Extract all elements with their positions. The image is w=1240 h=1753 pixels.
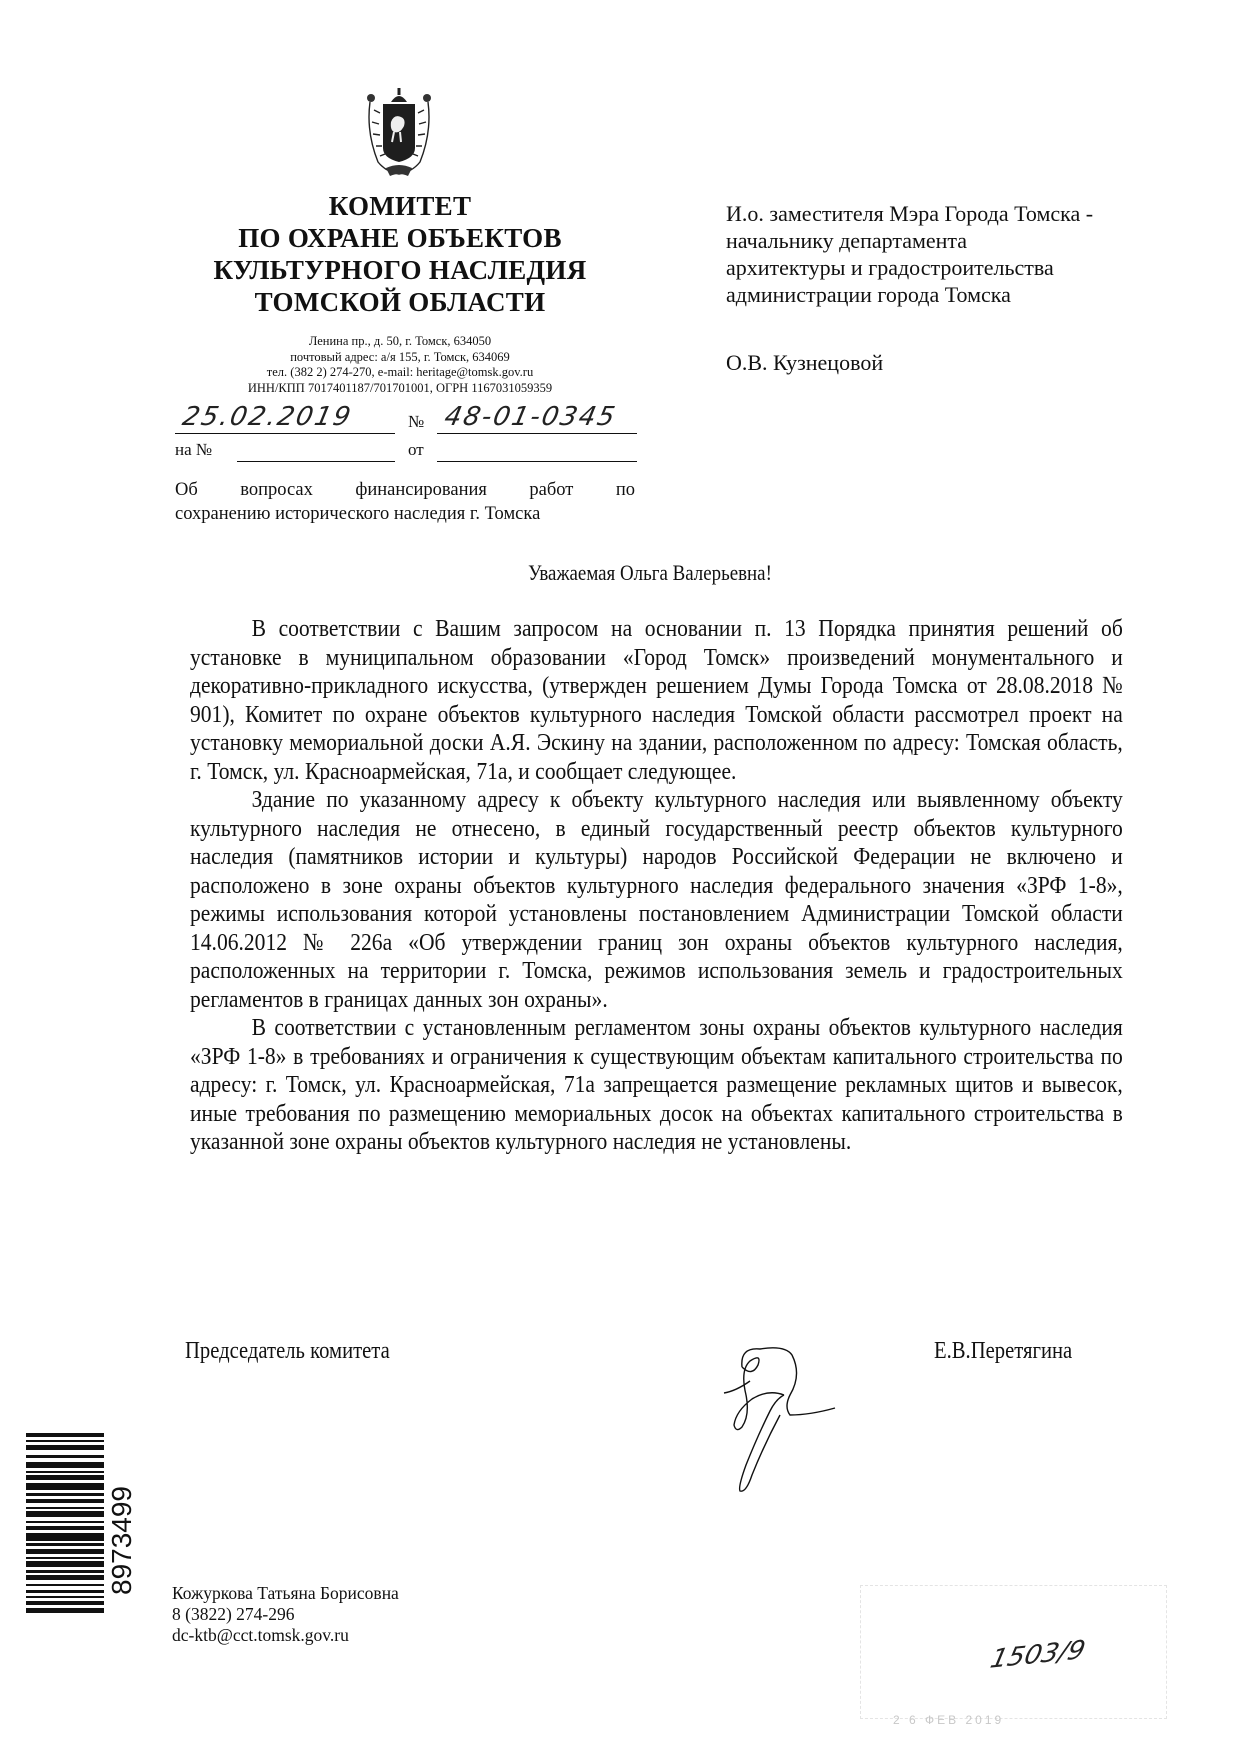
barcode-icon [26,1433,104,1613]
org-address: Ленина пр., д. 50, г. Томск, 634050 [175,334,625,350]
executor-name: Кожуркова Татьяна Борисовна [172,1583,399,1604]
body-paragraph: Здание по указанному адресу к объекту ку… [190,786,1123,1014]
subject-line: сохранению исторического наследия г. Том… [175,504,540,524]
org-phone-email: тел. (382 2) 274-270, e-mail: heritage@t… [175,365,625,381]
body-paragraph: В соответствии с установленным регламент… [190,1014,1123,1157]
addressee-name: О.В. Кузнецовой [726,350,883,376]
incoming-stamp-date: 2 6 ФЕВ 2019 [893,1713,1004,1727]
registration-row-outgoing: 25.02.2019 № 48-01-0345 [175,404,645,434]
org-title-line: КУЛЬТУРНОГО НАСЛЕДИЯ [175,254,625,286]
from-line [437,433,637,462]
reply-to-line [237,433,395,462]
addressee-line: начальнику департамента [726,227,1186,254]
organization-title: КОМИТЕТ ПО ОХРАНЕ ОБЪЕКТОВ КУЛЬТУРНОГО Н… [175,190,625,318]
organization-contacts: Ленина пр., д. 50, г. Томск, 634050 почт… [175,334,625,396]
addressee-block: И.о. заместителя Мэра Города Томска - на… [726,200,1186,308]
org-title-line: КОМИТЕТ [175,190,625,222]
letter-subject: Об вопросах финансирования работ по сохр… [175,478,635,526]
reply-to-label: на № [175,440,212,460]
org-registry-ids: ИНН/КПП 7017401187/701701001, ОГРН 11670… [175,381,625,397]
executor-contact: Кожуркова Татьяна Борисовна 8 (3822) 274… [172,1583,399,1646]
org-postal-address: почтовый адрес: а/я 155, г. Томск, 63406… [175,350,625,366]
addressee-line: архитектуры и градостроительства [726,254,1186,281]
addressee-line: администрации города Томска [726,281,1186,308]
executor-phone: 8 (3822) 274-296 [172,1604,399,1625]
subject-line: Об вопросах финансирования работ по [175,478,635,502]
coat-of-arms-icon [364,82,434,180]
org-title-line: ПО ОХРАНЕ ОБЪЕКТОВ [175,222,625,254]
org-title-line: ТОМСКОЙ ОБЛАСТИ [175,286,625,318]
handwritten-signature-icon [680,1315,850,1495]
number-label: № [408,412,424,432]
outgoing-number: 48-01-0345 [442,402,619,432]
from-label: от [408,440,424,460]
executor-email: dc-ktb@cct.tomsk.gov.ru [172,1625,399,1646]
salutation: Уважаемая Ольга Валерьевна! [237,560,1063,586]
body-paragraph: В соответствии с Вашим запросом на основ… [190,615,1123,786]
registration-row-reply: на № от [175,432,645,462]
barcode-number: 8973499 [106,1475,138,1595]
signatory-name: Е.В.Перетягина [934,1338,1072,1365]
outgoing-date: 25.02.2019 [180,402,355,432]
letter-body: В соответствии с Вашим запросом на основ… [190,615,1123,1157]
addressee-line: И.о. заместителя Мэра Города Томска - [726,200,1186,227]
signatory-title: Председатель комитета [185,1338,390,1365]
